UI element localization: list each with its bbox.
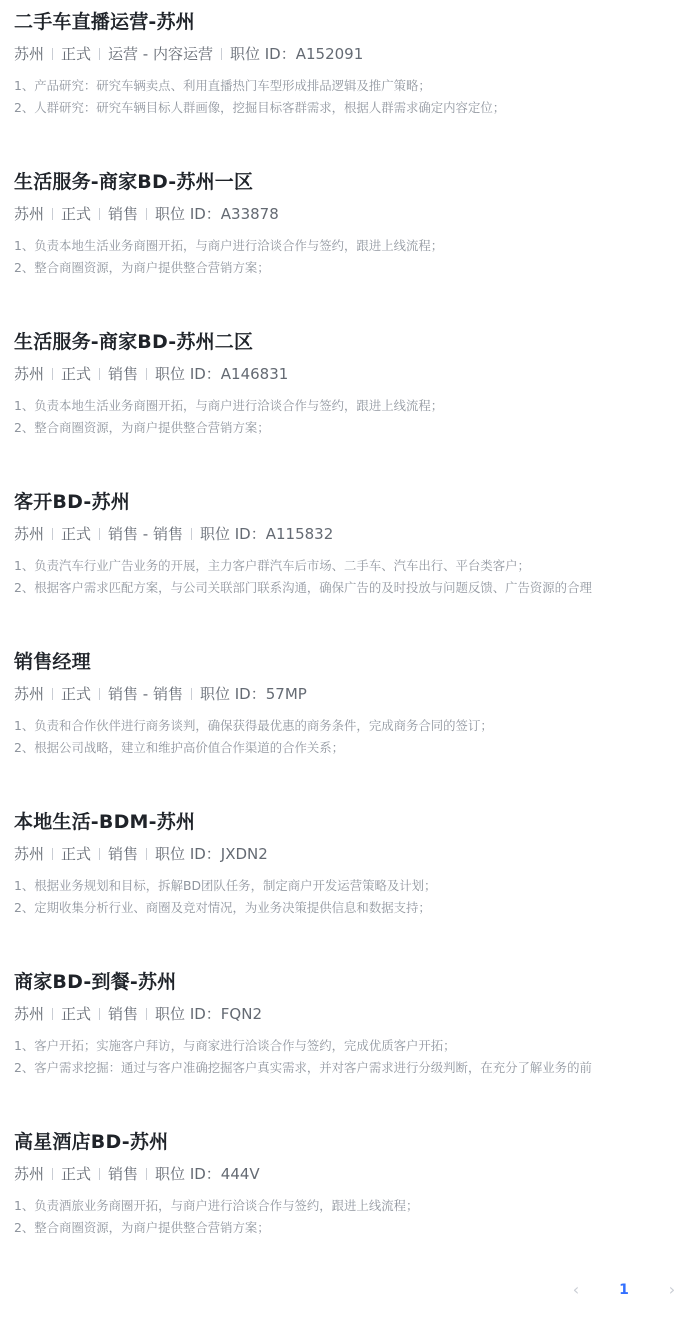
job-meta: 苏州 正式 销售 职位 ID：JXDN2 xyxy=(14,843,679,865)
meta-divider xyxy=(52,688,53,700)
job-item[interactable]: 商家BD-到餐-苏州 苏州 正式 销售 职位 ID：FQN2 1、客户开拓；实施… xyxy=(14,969,679,1079)
job-id: 职位 ID：FQN2 xyxy=(155,1003,262,1025)
job-title[interactable]: 销售经理 xyxy=(14,649,679,675)
job-desc-line: 2、整合商圈资源，为商户提供整合营销方案； xyxy=(14,417,666,439)
job-description: 1、负责和合作伙伴进行商务谈判，确保获得最优惠的商务条件，完成商务合同的签订； … xyxy=(14,715,666,759)
job-title[interactable]: 二手车直播运营-苏州 xyxy=(14,9,679,35)
job-desc-line: 2、根据客户需求匹配方案，与公司关联部门联系沟通，确保广告的及时投放与问题反馈、… xyxy=(14,577,666,599)
job-desc-line: 2、整合商圈资源，为商户提供整合营销方案； xyxy=(14,1217,666,1239)
job-item[interactable]: 本地生活-BDM-苏州 苏州 正式 销售 职位 ID：JXDN2 1、根据业务规… xyxy=(14,809,679,919)
job-location: 苏州 xyxy=(14,363,44,385)
pagination: ‹ 1 › xyxy=(560,1278,679,1302)
job-item[interactable]: 销售经理 苏州 正式 销售 - 销售 职位 ID：57MP 1、负责和合作伙伴进… xyxy=(14,649,679,759)
job-type: 正式 xyxy=(61,363,91,385)
job-type: 正式 xyxy=(61,843,91,865)
job-category: 销售 xyxy=(108,203,138,225)
job-title[interactable]: 生活服务-商家BD-苏州一区 xyxy=(14,169,679,195)
job-meta: 苏州 正式 销售 - 销售 职位 ID：57MP xyxy=(14,683,679,705)
meta-divider xyxy=(99,1008,100,1020)
meta-divider xyxy=(99,848,100,860)
meta-divider xyxy=(99,208,100,220)
meta-divider xyxy=(52,208,53,220)
job-id: 职位 ID：A152091 xyxy=(230,43,363,65)
job-description: 1、产品研究：研究车辆卖点、利用直播热门车型形成排品逻辑及推广策略； 2、人群研… xyxy=(14,75,666,119)
meta-divider xyxy=(52,1168,53,1180)
job-type: 正式 xyxy=(61,1003,91,1025)
job-category: 销售 xyxy=(108,1163,138,1185)
meta-divider xyxy=(146,208,147,220)
job-item[interactable]: 高星酒店BD-苏州 苏州 正式 销售 职位 ID：444V 1、负责酒旅业务商圈… xyxy=(14,1129,679,1239)
job-item[interactable]: 生活服务-商家BD-苏州二区 苏州 正式 销售 职位 ID：A146831 1、… xyxy=(14,329,679,439)
job-category: 销售 - 销售 xyxy=(108,523,183,545)
job-title[interactable]: 商家BD-到餐-苏州 xyxy=(14,969,679,995)
job-category: 运营 - 内容运营 xyxy=(108,43,213,65)
job-desc-line: 1、负责汽车行业广告业务的开展，主力客户群汽车后市场、二手车、汽车出行、平台类客… xyxy=(14,555,666,577)
job-id: 职位 ID：57MP xyxy=(200,683,307,705)
job-item[interactable]: 二手车直播运营-苏州 苏州 正式 运营 - 内容运营 职位 ID：A152091… xyxy=(14,9,679,119)
job-location: 苏州 xyxy=(14,1163,44,1185)
job-meta: 苏州 正式 销售 职位 ID：A146831 xyxy=(14,363,679,385)
job-desc-line: 1、产品研究：研究车辆卖点、利用直播热门车型形成排品逻辑及推广策略； xyxy=(14,75,666,97)
job-title[interactable]: 生活服务-商家BD-苏州二区 xyxy=(14,329,679,355)
job-category: 销售 xyxy=(108,843,138,865)
job-item[interactable]: 客开BD-苏州 苏州 正式 销售 - 销售 职位 ID：A115832 1、负责… xyxy=(14,489,679,599)
job-id: 职位 ID：JXDN2 xyxy=(155,843,268,865)
meta-divider xyxy=(99,528,100,540)
job-desc-line: 1、客户开拓；实施客户拜访，与商家进行洽谈合作与签约，完成优质客户开拓； xyxy=(14,1035,666,1057)
job-description: 1、负责汽车行业广告业务的开展，主力客户群汽车后市场、二手车、汽车出行、平台类客… xyxy=(14,555,666,599)
job-desc-line: 2、根据公司战略，建立和维护高价值合作渠道的合作关系； xyxy=(14,737,666,759)
meta-divider xyxy=(52,848,53,860)
meta-divider xyxy=(146,848,147,860)
page-button-current[interactable]: 1 xyxy=(614,1278,634,1302)
job-description: 1、客户开拓；实施客户拜访，与商家进行洽谈合作与签约，完成优质客户开拓； 2、客… xyxy=(14,1035,666,1079)
meta-divider xyxy=(99,368,100,380)
meta-divider xyxy=(146,1168,147,1180)
job-title[interactable]: 本地生活-BDM-苏州 xyxy=(14,809,679,835)
job-desc-line: 2、人群研究：研究车辆目标人群画像，挖掘目标客群需求，根据人群需求确定内容定位； xyxy=(14,97,666,119)
job-meta: 苏州 正式 销售 职位 ID：A33878 xyxy=(14,203,679,225)
chevron-right-icon[interactable]: › xyxy=(662,1278,679,1302)
job-item[interactable]: 生活服务-商家BD-苏州一区 苏州 正式 销售 职位 ID：A33878 1、负… xyxy=(14,169,679,279)
job-meta: 苏州 正式 销售 - 销售 职位 ID：A115832 xyxy=(14,523,679,545)
job-meta: 苏州 正式 运营 - 内容运营 职位 ID：A152091 xyxy=(14,43,679,65)
job-location: 苏州 xyxy=(14,43,44,65)
meta-divider xyxy=(99,688,100,700)
job-title[interactable]: 高星酒店BD-苏州 xyxy=(14,1129,679,1155)
job-type: 正式 xyxy=(61,1163,91,1185)
job-meta: 苏州 正式 销售 职位 ID：FQN2 xyxy=(14,1003,679,1025)
job-type: 正式 xyxy=(61,43,91,65)
job-location: 苏州 xyxy=(14,523,44,545)
job-category: 销售 xyxy=(108,363,138,385)
job-location: 苏州 xyxy=(14,1003,44,1025)
job-type: 正式 xyxy=(61,683,91,705)
meta-divider xyxy=(52,368,53,380)
job-id: 职位 ID：A33878 xyxy=(155,203,279,225)
job-category: 销售 xyxy=(108,1003,138,1025)
meta-divider xyxy=(99,48,100,60)
job-meta: 苏州 正式 销售 职位 ID：444V xyxy=(14,1163,679,1185)
job-type: 正式 xyxy=(61,523,91,545)
job-category: 销售 - 销售 xyxy=(108,683,183,705)
meta-divider xyxy=(146,368,147,380)
chevron-left-icon[interactable]: ‹ xyxy=(566,1278,586,1302)
meta-divider xyxy=(191,688,192,700)
job-desc-line: 1、根据业务规划和目标，拆解BD团队任务，制定商户开发运营策略及计划； xyxy=(14,875,666,897)
job-desc-line: 1、负责本地生活业务商圈开拓，与商户进行洽谈合作与签约，跟进上线流程； xyxy=(14,235,666,257)
job-desc-line: 1、负责酒旅业务商圈开拓，与商户进行洽谈合作与签约，跟进上线流程； xyxy=(14,1195,666,1217)
meta-divider xyxy=(52,528,53,540)
job-id: 职位 ID：A146831 xyxy=(155,363,288,385)
job-description: 1、负责酒旅业务商圈开拓，与商户进行洽谈合作与签约，跟进上线流程； 2、整合商圈… xyxy=(14,1195,666,1239)
meta-divider xyxy=(52,48,53,60)
job-description: 1、根据业务规划和目标，拆解BD团队任务，制定商户开发运营策略及计划； 2、定期… xyxy=(14,875,666,919)
job-id: 职位 ID：A115832 xyxy=(200,523,333,545)
job-desc-line: 2、整合商圈资源，为商户提供整合营销方案； xyxy=(14,257,666,279)
job-desc-line: 1、负责本地生活业务商圈开拓，与商户进行洽谈合作与签约，跟进上线流程； xyxy=(14,395,666,417)
job-location: 苏州 xyxy=(14,203,44,225)
job-description: 1、负责本地生活业务商圈开拓，与商户进行洽谈合作与签约，跟进上线流程； 2、整合… xyxy=(14,395,666,439)
meta-divider xyxy=(146,1008,147,1020)
job-desc-line: 2、客户需求挖掘：通过与客户准确挖掘客户真实需求，并对客户需求进行分级判断，在充… xyxy=(14,1057,666,1079)
job-title[interactable]: 客开BD-苏州 xyxy=(14,489,679,515)
meta-divider xyxy=(191,528,192,540)
meta-divider xyxy=(221,48,222,60)
meta-divider xyxy=(99,1168,100,1180)
job-description: 1、负责本地生活业务商圈开拓，与商户进行洽谈合作与签约，跟进上线流程； 2、整合… xyxy=(14,235,666,279)
job-type: 正式 xyxy=(61,203,91,225)
job-desc-line: 1、负责和合作伙伴进行商务谈判，确保获得最优惠的商务条件，完成商务合同的签订； xyxy=(14,715,666,737)
meta-divider xyxy=(52,1008,53,1020)
job-desc-line: 2、定期收集分析行业、商圈及竞对情况，为业务决策提供信息和数据支持； xyxy=(14,897,666,919)
job-location: 苏州 xyxy=(14,683,44,705)
job-id: 职位 ID：444V xyxy=(155,1163,260,1185)
job-location: 苏州 xyxy=(14,843,44,865)
